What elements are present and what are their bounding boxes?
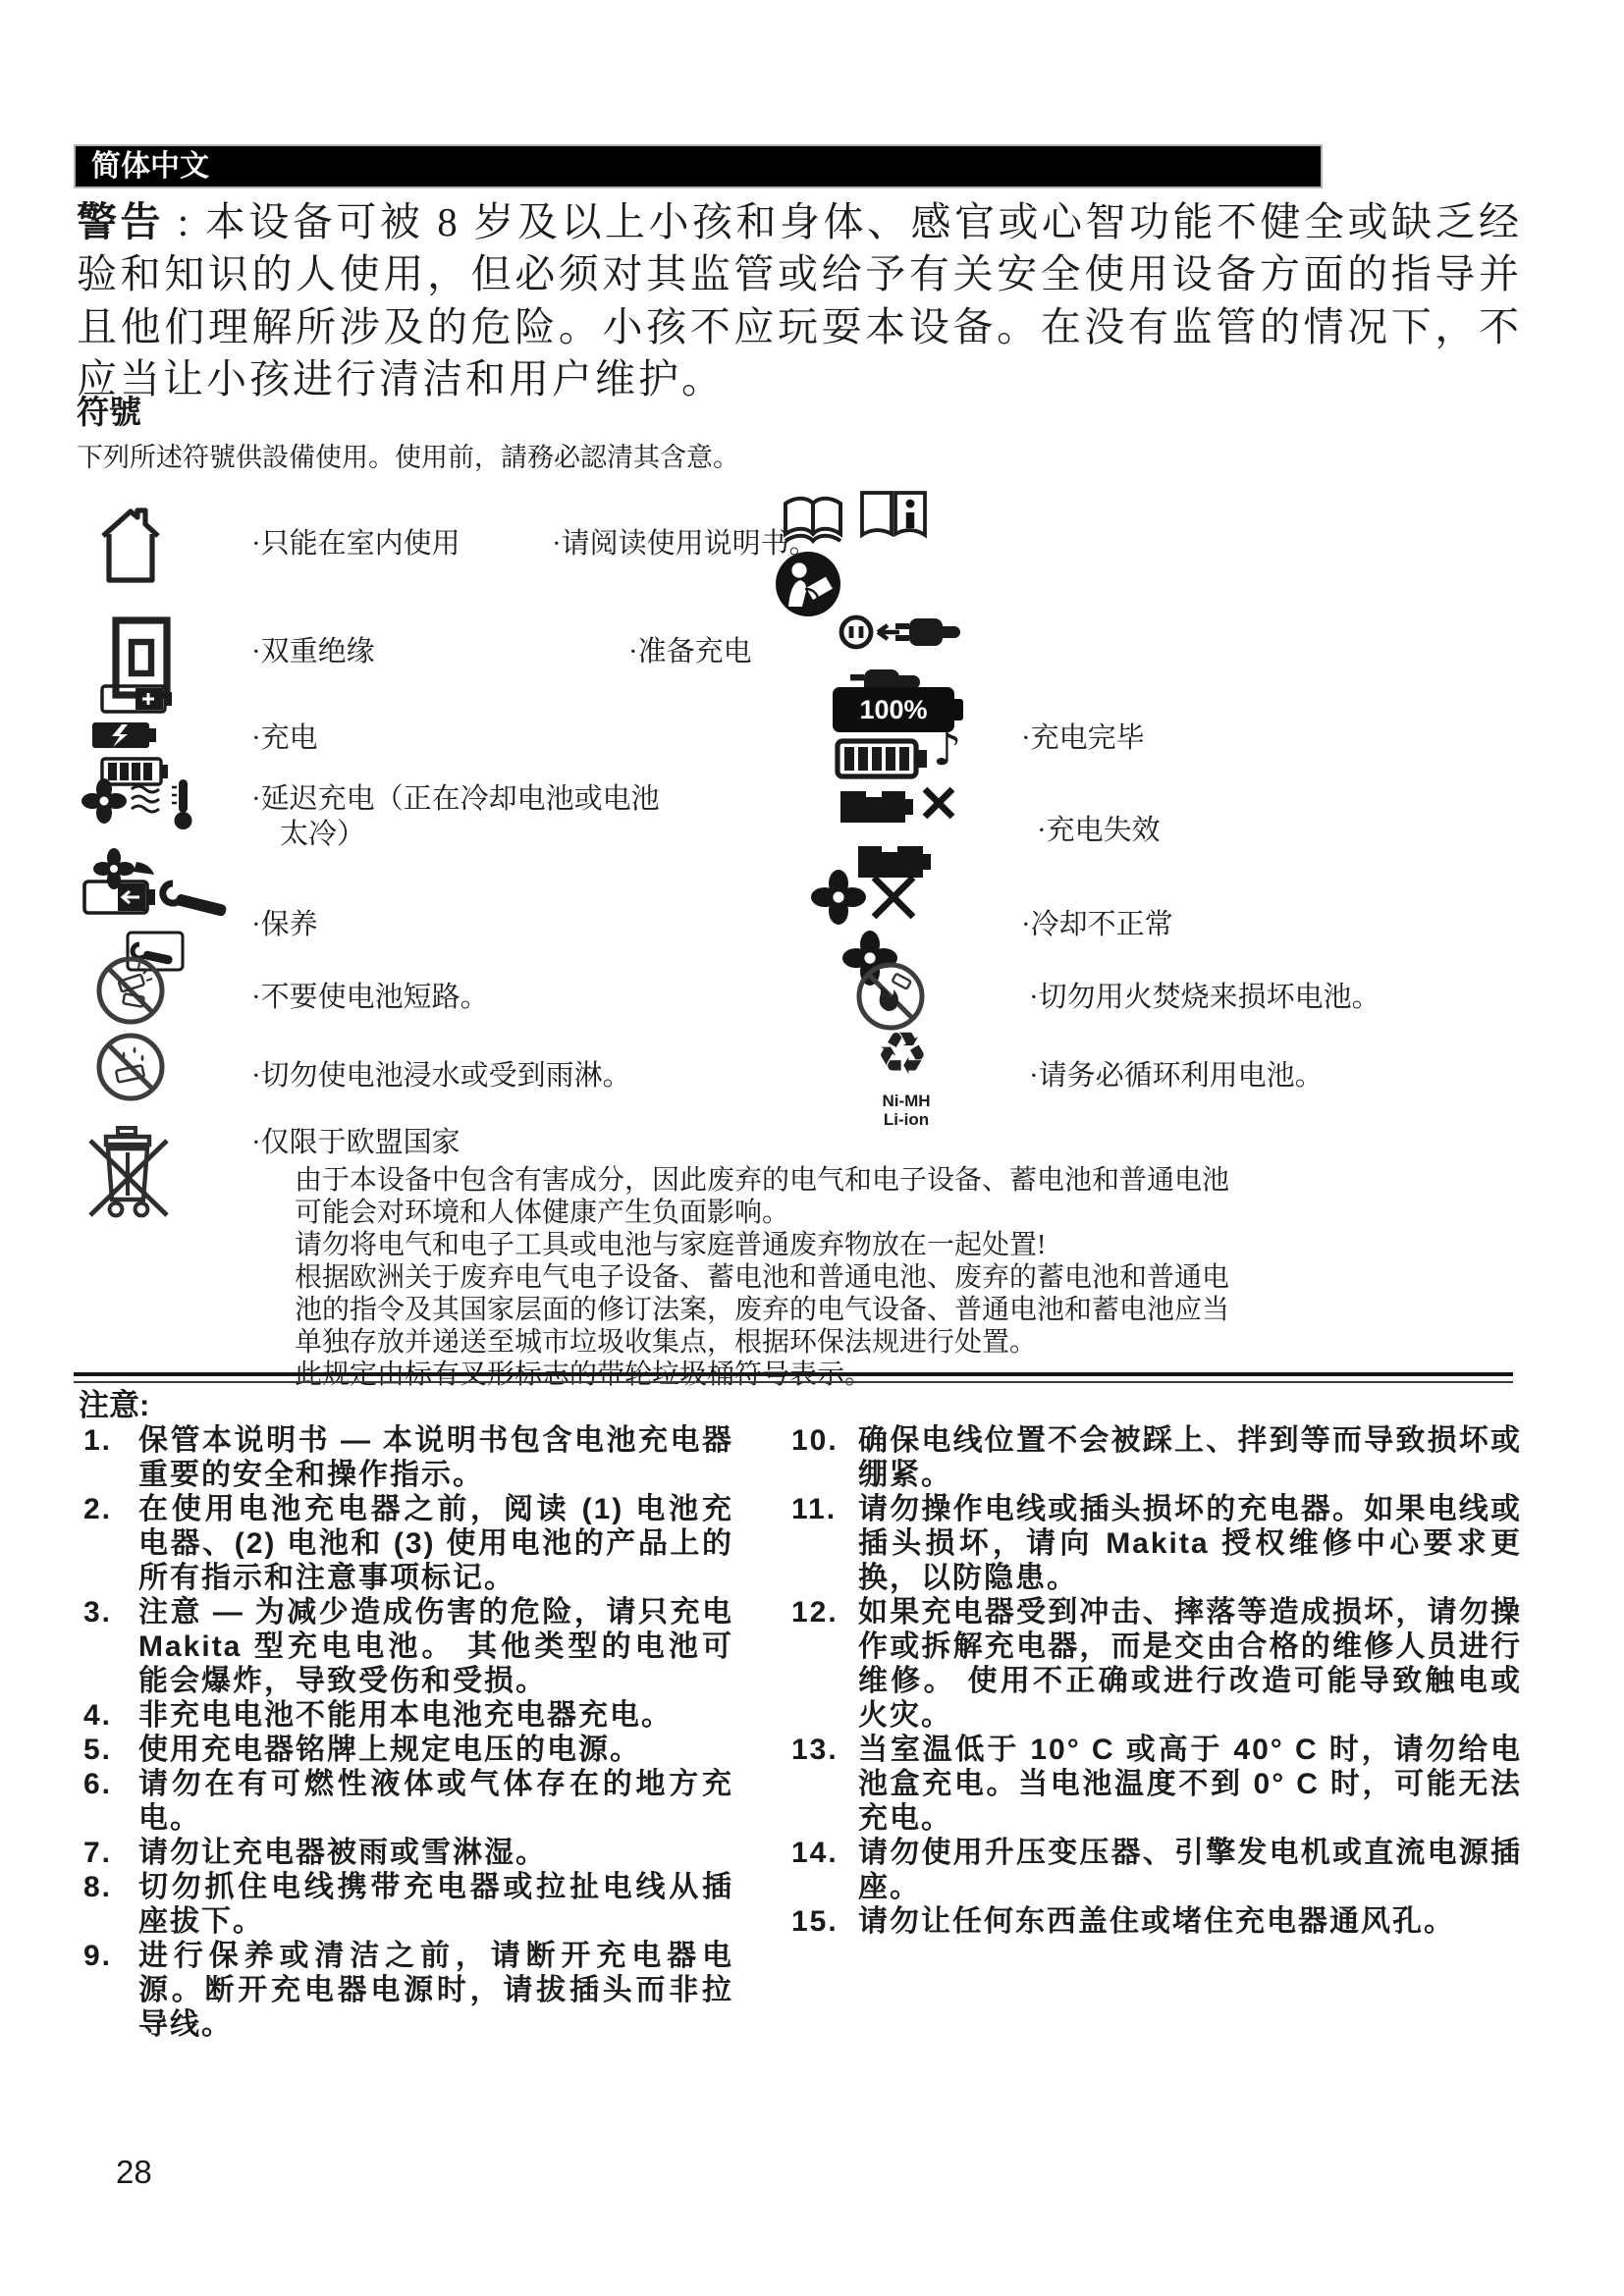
symbol-label-no-short-circuit: ·不要使电池短路。 [251, 980, 489, 1015]
weee-bin-icon [84, 1125, 175, 1225]
notice-item: 6.请勿在有可燃性液体或气体存在的地方充电。 [83, 1767, 733, 1836]
notice-item-number: 6. [83, 1767, 138, 1836]
notice-column-right: 10.确保电线位置不会被踩上、拌到等而导致损坏或绷紧。 11.请勿操作电线或插头… [791, 1423, 1522, 1939]
notice-item-number: 12. [791, 1595, 858, 1733]
symbol-label-recycle: ·请务必循环利用电池。 [1029, 1058, 1324, 1094]
notice-item-number: 4. [83, 1698, 138, 1733]
language-banner-label: 简体中文 [91, 150, 209, 183]
section-divider [74, 1372, 1513, 1383]
read-manual-person-icon [774, 550, 842, 618]
notice-item: 14.请勿使用升压变压器、引擎发电机或直流电源插座。 [791, 1836, 1522, 1904]
symbol-label-charging-defective: ·充电失效 [1037, 813, 1161, 848]
notice-item-text: 请勿让充电器被雨或雪淋湿。 [138, 1836, 733, 1870]
symbol-label-no-fire: ·切勿用火焚烧来损坏电池。 [1029, 980, 1380, 1015]
weee-paragraph: 由于本设备中包含有害成分，因此废弃的电气和电子设备、蓄电池和普通电池 可能会对环… [295, 1164, 1527, 1391]
notice-item-number: 1. [83, 1423, 138, 1492]
notice-item-number: 5. [83, 1733, 138, 1767]
warning-label: 警告 [77, 199, 164, 244]
symbol-label-charging: ·充电 [251, 721, 318, 756]
notice-item-text: 切勿抓住电线携带充电器或拉扯电线从插座拔下。 [138, 1870, 733, 1939]
symbols-intro: 下列所述符號供設備使用。使用前，請務必認清其含意。 [77, 436, 739, 474]
recycle-caption: Ni-MH Li-ion [862, 1092, 950, 1129]
symbol-label-ready-to-charge: ·准备充电 [628, 634, 752, 669]
notice-item: 5.使用充电器铭牌上规定电压的电源。 [83, 1733, 733, 1767]
charged-100-label: 100% [859, 695, 927, 725]
notice-item-number: 8. [83, 1870, 138, 1939]
notice-item-text: 进行保养或清洁之前，请断开充电器电源。断开充电器电源时，请拔插头而非拉导线。 [138, 1939, 733, 2042]
indoor-use-icon [96, 503, 165, 587]
notice-item-text: 注意 — 为减少造成伤害的危险，请只充电 Makita 型充电电池。 其他类型的… [138, 1595, 733, 1698]
notice-item: 10.确保电线位置不会被踩上、拌到等而导致损坏或绷紧。 [791, 1423, 1522, 1492]
manual-info-book-icon [858, 486, 929, 547]
notice-item: 13.当室温低于 10° C 或高于 40° C 时，请勿给电池盒充电。当电池温… [791, 1733, 1522, 1836]
warning-body: 本设备可被 8 岁及以上小孩和身体、感官或心智功能不健全或缺乏经验和知识的人使用… [77, 199, 1522, 401]
notice-item-text: 非充电电池不能用本电池充电器充电。 [138, 1698, 733, 1733]
notice-item-number: 7. [83, 1836, 138, 1870]
symbol-label-delay-charging: ·延迟充电（正在冷却电池或电池 太冷） [251, 781, 660, 852]
notice-item-text: 请勿操作电线或插头损坏的充电器。如果电线或插头损坏，请向 Makita 授权维修… [858, 1492, 1522, 1595]
no-water-icon [94, 1031, 167, 1103]
recycle-icon: ♻ [876, 1025, 929, 1084]
symbol-label-indoor-use: ·只能在室内使用 [251, 526, 460, 561]
notice-item-text: 使用充电器铭牌上规定电压的电源。 [138, 1733, 733, 1767]
notice-item-text: 请勿在有可燃性液体或气体存在的地方充电。 [138, 1767, 733, 1836]
notice-item-text: 确保电线位置不会被踩上、拌到等而导致损坏或绷紧。 [858, 1423, 1522, 1492]
language-banner: 简体中文 [74, 144, 1323, 188]
open-book-icon [782, 494, 844, 547]
notice-item: 2.在使用电池充电器之前，阅读 (1) 电池充电器、(2) 电池和 (3) 使用… [83, 1492, 733, 1595]
page-number: 28 [116, 2154, 152, 2191]
notice-item-text: 当室温低于 10° C 或高于 40° C 时，请勿给电池盒充电。当电池温度不到… [858, 1733, 1522, 1836]
symbol-label-cooling-abnormal: ·冷却不正常 [1021, 907, 1173, 942]
charged-battery-icon [835, 738, 929, 779]
notice-item-number: 13. [791, 1733, 858, 1836]
notice-item-number: 11. [791, 1492, 858, 1595]
notice-column-left: 1.保管本说明书 — 本说明书包含电池充电器重要的安全和操作指示。 2.在使用电… [83, 1423, 733, 2042]
notice-item: 15.请勿让任何东西盖住或堵住充电器通风孔。 [791, 1904, 1522, 1939]
notice-item: 9.进行保养或清洁之前，请断开充电器电源。断开充电器电源时，请拔插头而非拉导线。 [83, 1939, 733, 2042]
notice-item-text: 请勿使用升压变压器、引擎发电机或直流电源插座。 [858, 1836, 1522, 1904]
notice-item: 8.切勿抓住电线携带充电器或拉扯电线从插座拔下。 [83, 1870, 733, 1939]
notice-item-text: 如果充电器受到冲击、摔落等造成损坏，请勿操作或拆解充电器，而是交由合格的维修人员… [858, 1595, 1522, 1733]
symbol-label-maintenance: ·保养 [251, 907, 318, 942]
notice-item-text: 请勿让任何东西盖住或堵住充电器通风孔。 [858, 1904, 1522, 1939]
notice-item-number: 15. [791, 1904, 858, 1939]
notice-heading: 注意: [79, 1380, 149, 1424]
notice-item-number: 2. [83, 1492, 138, 1595]
no-short-circuit-icon [94, 954, 167, 1027]
notice-item: 3.注意 — 为减少造成伤害的危险，请只充电 Makita 型充电电池。 其他类… [83, 1595, 733, 1698]
warning-colon: : [164, 199, 205, 244]
warning-paragraph: 警告 : 本设备可被 8 岁及以上小孩和身体、感官或心智功能不健全或缺乏经验和知… [77, 196, 1522, 405]
notice-item-number: 14. [791, 1836, 858, 1904]
symbols-heading: 符號 [77, 387, 141, 433]
notice-item-text: 保管本说明书 — 本说明书包含电池充电器重要的安全和操作指示。 [138, 1423, 733, 1492]
notice-item-number: 10. [791, 1423, 858, 1492]
symbol-label-eu-only: ·仅限于欧盟国家 [251, 1125, 460, 1160]
music-note-icon: ♪ [933, 726, 961, 772]
notice-item: 7.请勿让充电器被雨或雪淋湿。 [83, 1836, 733, 1870]
notice-item-number: 3. [83, 1595, 138, 1698]
notice-item: 12.如果充电器受到冲击、摔落等造成损坏，请勿操作或拆解充电器，而是交由合格的维… [791, 1595, 1522, 1733]
notice-item: 11.请勿操作电线或插头损坏的充电器。如果电线或插头损坏，请向 Makita 授… [791, 1492, 1522, 1595]
notice-item-text: 在使用电池充电器之前，阅读 (1) 电池充电器、(2) 电池和 (3) 使用电池… [138, 1492, 733, 1595]
symbol-label-charging-complete: ·充电完毕 [1021, 721, 1145, 756]
notice-item: 1.保管本说明书 — 本说明书包含电池充电器重要的安全和操作指示。 [83, 1423, 733, 1492]
manual-page: 简体中文 警告 : 本设备可被 8 岁及以上小孩和身体、感官或心智功能不健全或缺… [0, 0, 1624, 2296]
symbol-label-no-water: ·切勿使电池浸水或受到雨淋。 [251, 1058, 631, 1094]
symbol-label-double-insulation: ·双重绝缘 [251, 634, 375, 669]
notice-item-number: 9. [83, 1939, 138, 2042]
notice-item: 4.非充电电池不能用本电池充电器充电。 [83, 1698, 733, 1733]
